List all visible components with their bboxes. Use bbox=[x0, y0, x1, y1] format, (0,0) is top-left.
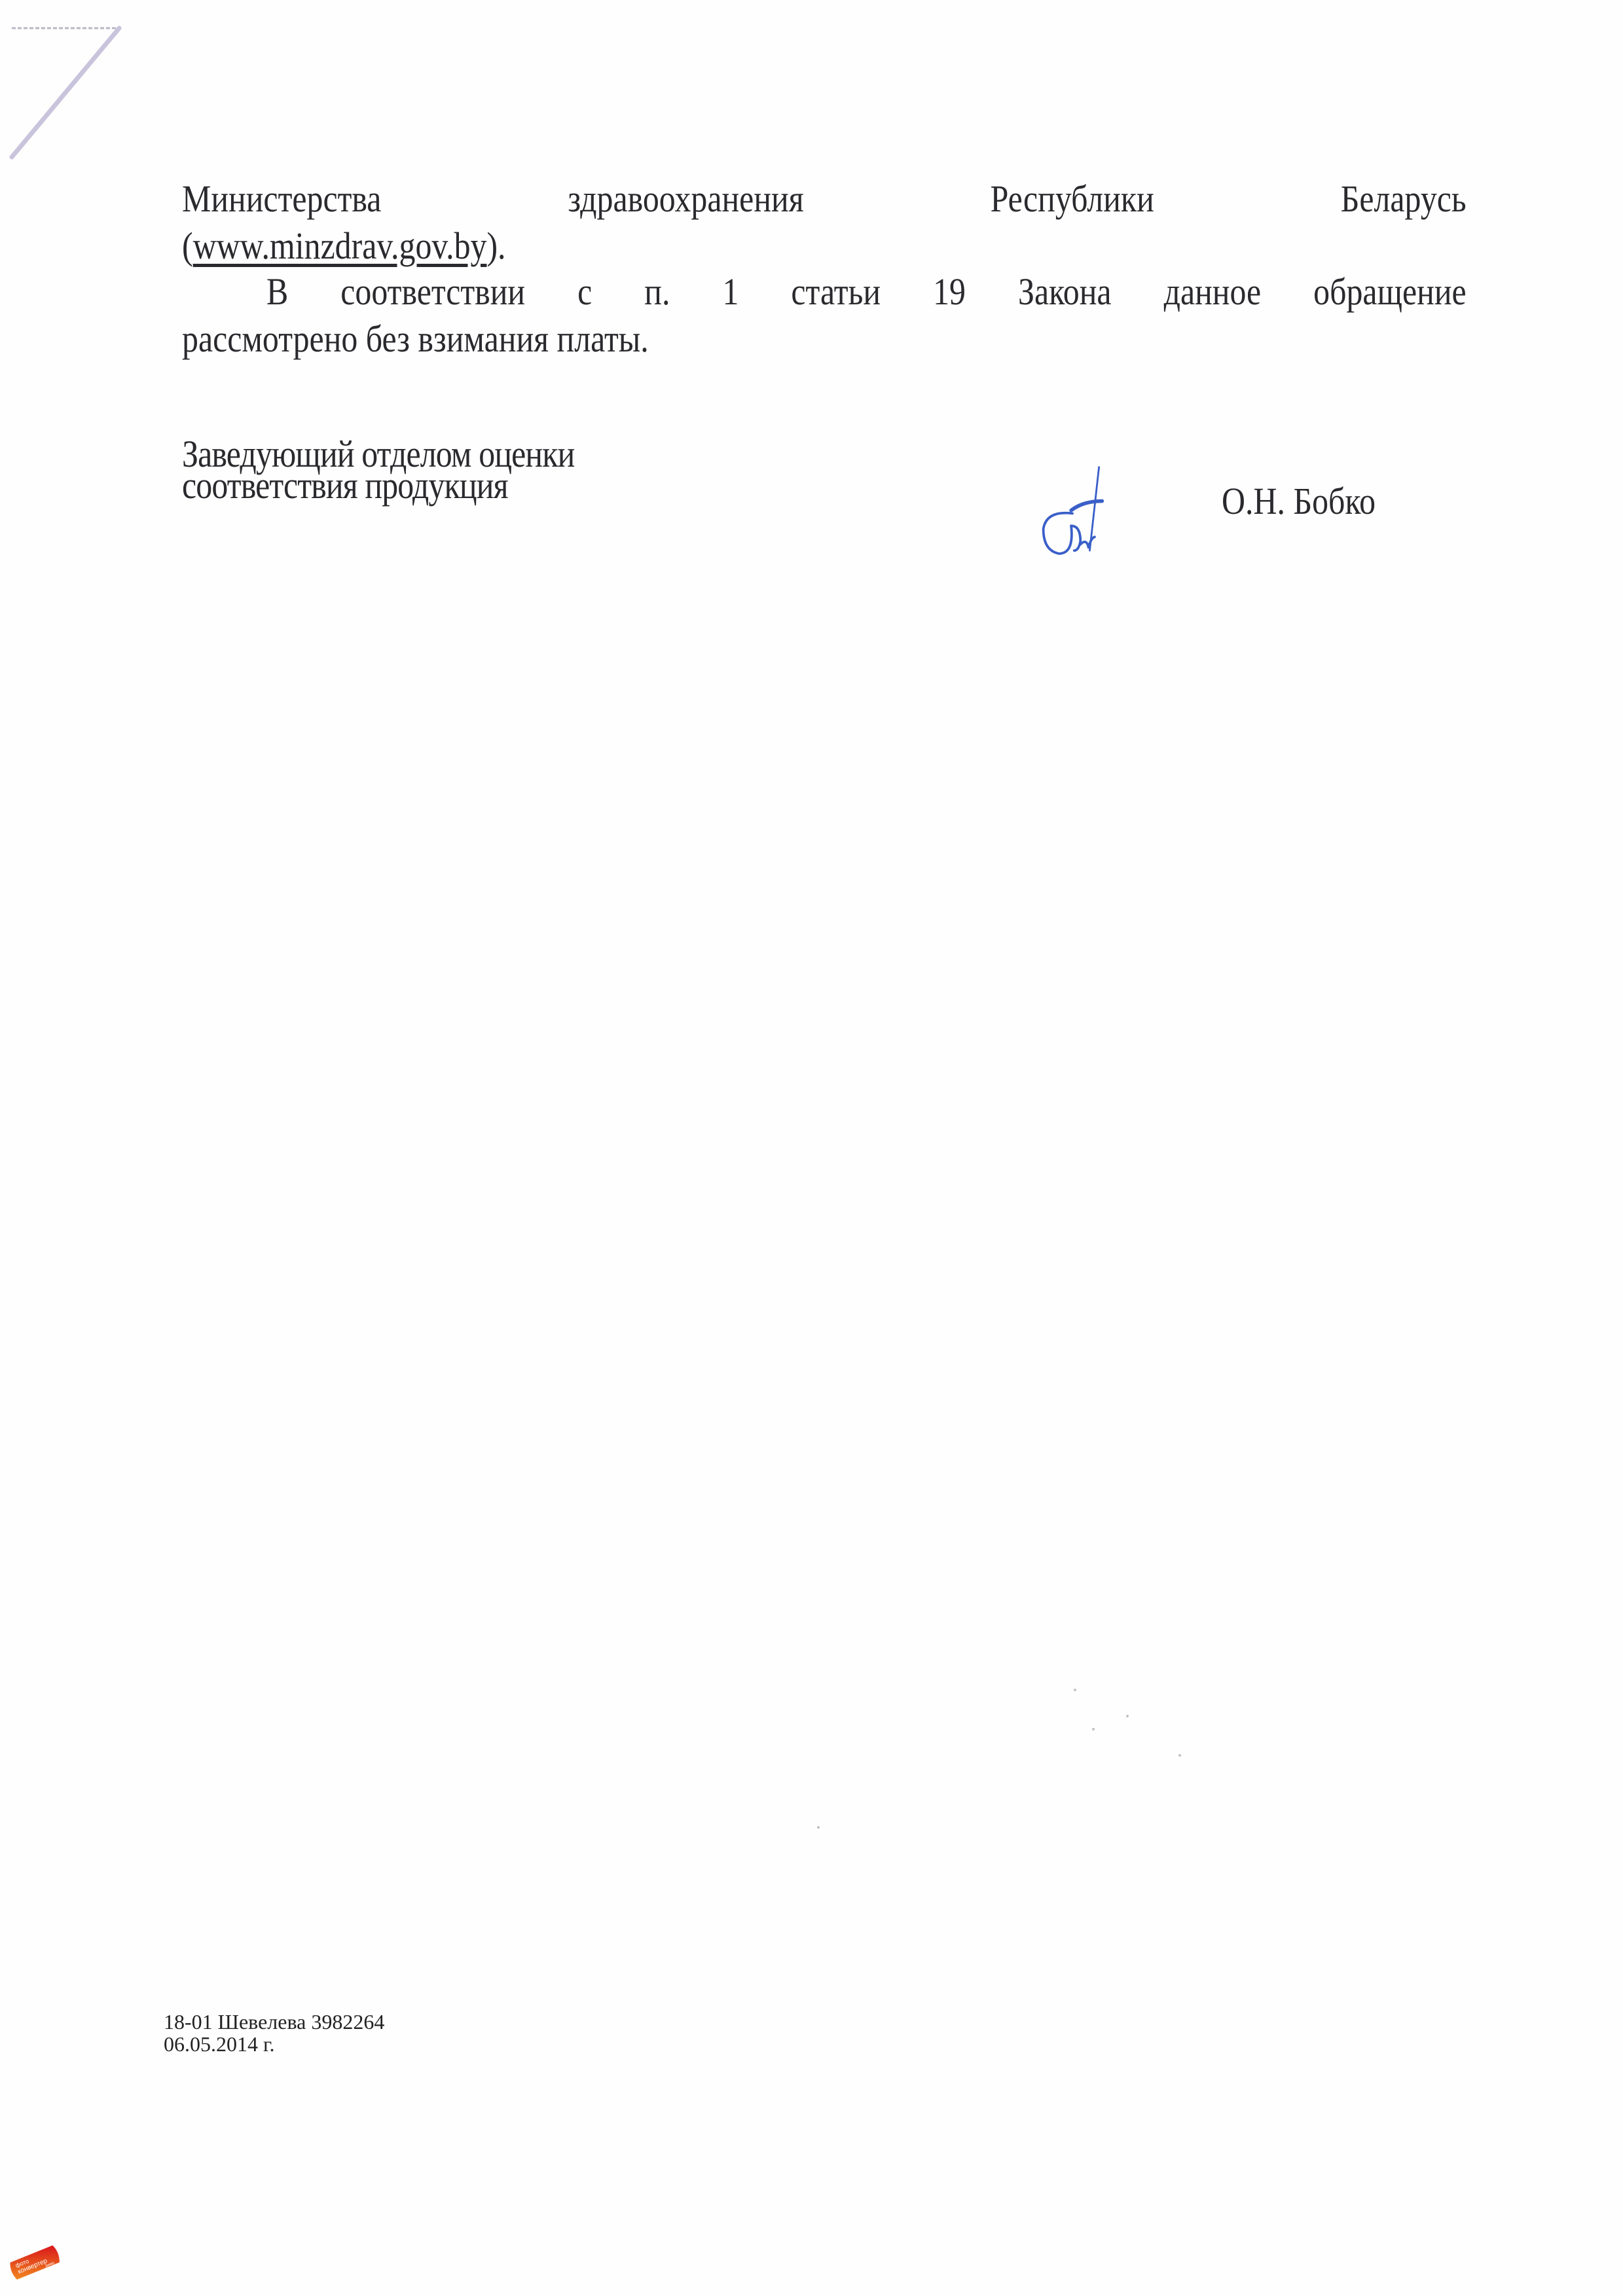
corner-fold-mark-icon bbox=[0, 0, 164, 170]
paragraph-line: рассмотрено без взимания платы. bbox=[182, 315, 1467, 363]
paren-open: ( bbox=[182, 224, 193, 267]
ministry-website-link[interactable]: www.minzdrav.gov.by bbox=[193, 224, 487, 267]
paragraph-ministry-website: Министерства здравоохранения Республики … bbox=[182, 175, 1467, 270]
document-page: Министерства здравоохранения Республики … bbox=[0, 0, 1623, 2296]
paragraph-line: Министерства здравоохранения Республики … bbox=[182, 175, 1467, 223]
handwritten-signature-icon bbox=[1021, 452, 1146, 563]
paragraph-line: В соответствии с п. 1 статьи 19 Закона д… bbox=[182, 268, 1467, 315]
signer-position: Заведующий отделом оценки соответствия п… bbox=[182, 439, 574, 501]
paragraph-line: (www.minzdrav.gov.by). bbox=[182, 223, 1467, 270]
word: Беларусь bbox=[1341, 177, 1467, 220]
executor-line: 18-01 Шевелева 3982264 bbox=[164, 2011, 384, 2033]
scan-speck bbox=[1092, 1728, 1095, 1731]
photo-converter-demo-watermark-icon: фото конвертер демо bbox=[7, 2238, 65, 2286]
document-date: 06.05.2014 г. bbox=[164, 2033, 384, 2055]
paren-close: ). bbox=[486, 224, 505, 267]
scan-speck bbox=[1178, 1754, 1181, 1757]
word: Министерства bbox=[182, 177, 381, 220]
scan-speck bbox=[1126, 1715, 1129, 1717]
executor-note: 18-01 Шевелева 3982264 06.05.2014 г. bbox=[164, 2011, 384, 2055]
word: Республики bbox=[991, 177, 1154, 220]
signer-name: О.Н. Бобко bbox=[1222, 478, 1376, 525]
scan-speck bbox=[1074, 1689, 1076, 1691]
scan-speck bbox=[817, 1826, 820, 1829]
paragraph-free-of-charge: В соответствии с п. 1 статьи 19 Закона д… bbox=[182, 268, 1467, 363]
word: здравоохранения bbox=[568, 177, 803, 220]
